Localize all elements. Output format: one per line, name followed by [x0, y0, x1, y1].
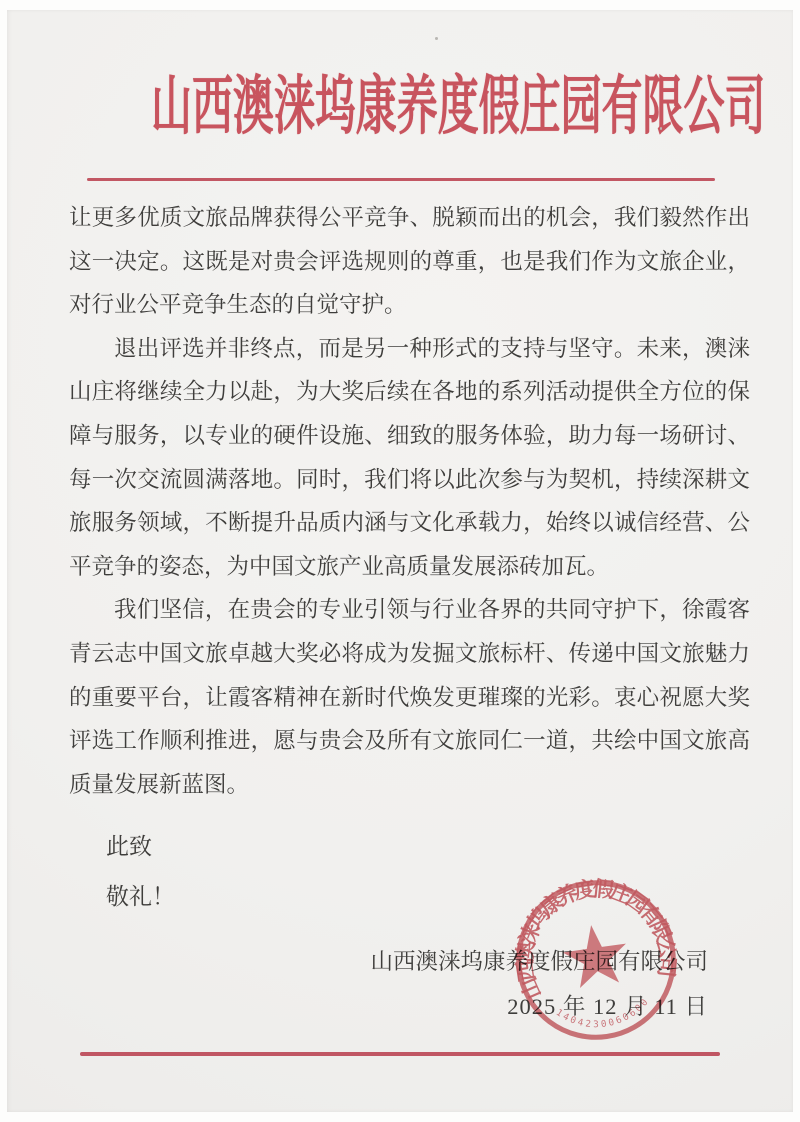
closing-salute: 此致	[106, 822, 175, 872]
seal-star-icon	[559, 921, 631, 990]
seal-icon: 山西澳涞坞康养度假庄园有限公司 1404230060600	[501, 865, 691, 1055]
paragraph: 让更多优质文旅品牌获得公平竞争、脱颖而出的机会，我们毅然作出这一决定。这既是对贵…	[69, 196, 750, 327]
scan-speck	[660, 127, 662, 130]
scan-speck	[435, 37, 438, 40]
closing-regards: 敬礼！	[106, 872, 175, 922]
paragraph: 我们坚信，在贵会的专业引领与行业各界的共同守护下，徐霞客青云志中国文旅卓越大奖必…	[69, 588, 750, 806]
footer-divider-line	[80, 1052, 720, 1056]
company-seal-stamp: 山西澳涞坞康养度假庄园有限公司 1404230060600	[501, 865, 691, 1055]
scanned-letter-page: 山西澳涞坞康养度假庄园有限公司 让更多优质文旅品牌获得公平竞争、脱颖而出的机会，…	[7, 10, 793, 1112]
body-paragraphs: 让更多优质文旅品牌获得公平竞争、脱颖而出的机会，我们毅然作出这一决定。这既是对贵…	[69, 196, 750, 806]
letterhead-divider-line	[87, 178, 715, 181]
scan-speck	[282, 95, 284, 97]
closing-block: 此致 敬礼！	[106, 822, 175, 922]
paragraph: 退出评选并非终点，而是另一种形式的支持与坚守。未来，澳涞山庄将继续全力以赴，为大…	[69, 327, 750, 589]
letterhead-title: 山西澳涞坞康养度假庄园有限公司	[151, 68, 663, 146]
